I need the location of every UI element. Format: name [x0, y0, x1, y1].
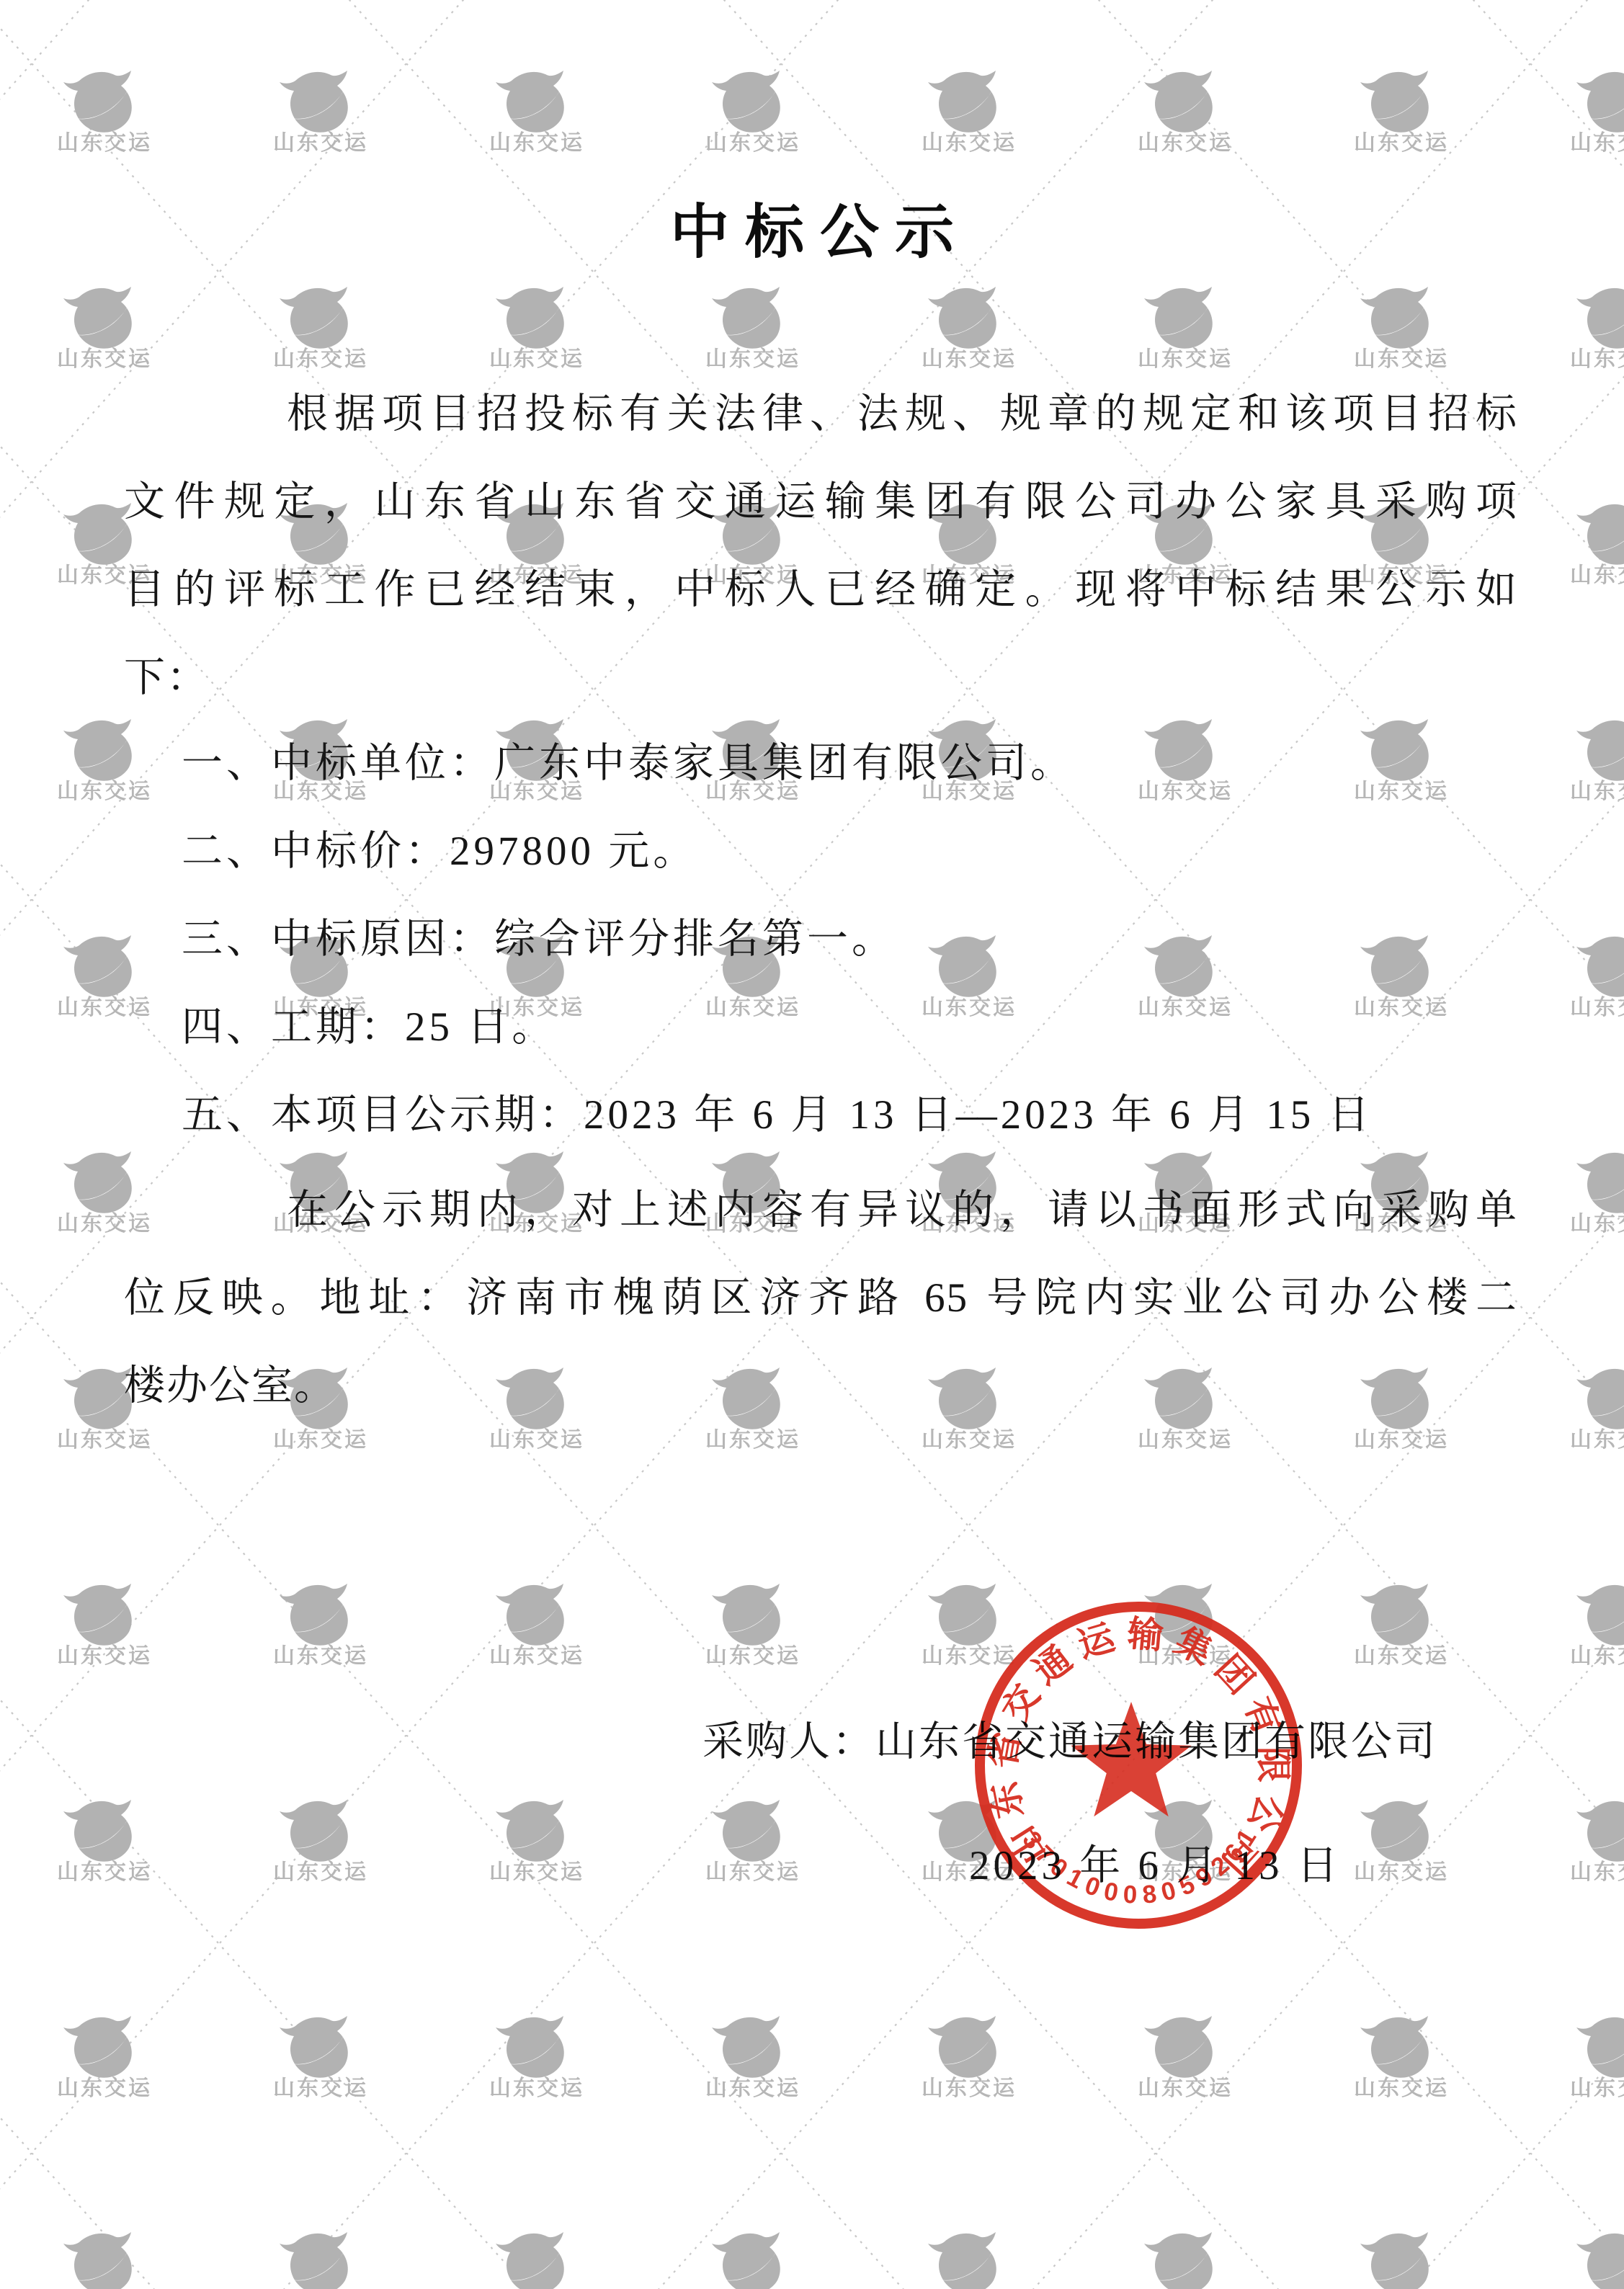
intro-line: 下： [124, 634, 1518, 722]
notice-line: 在公示期内，对上述内容有异议的，请以书面形式向采购单 [124, 1166, 1518, 1254]
objection-notice-paragraph: 在公示期内，对上述内容有异议的，请以书面形式向采购单 位反映。地址：济南市槐荫区… [124, 1166, 1518, 1430]
list-item-bid-price: 二、中标价：297800 元。 [124, 808, 1576, 896]
list-item-winning-bidder: 一、中标单位：广东中泰家具集团有限公司。 [124, 720, 1576, 808]
page-title: 中标公示 [0, 200, 1624, 265]
intro-line: 根据项目招投标有关法律、法规、规章的规定和该项目招标 [124, 370, 1518, 458]
official-red-stamp: 山东省交通运输集团有限公司 37010008059261 [958, 1585, 1319, 1945]
notice-line: 位反映。地址：济南市槐荫区济齐路 65 号院内实业公司办公楼二 [124, 1254, 1518, 1342]
list-item-award-reason: 三、中标原因：综合评分排名第一。 [124, 896, 1576, 983]
star-icon [1071, 1702, 1191, 1816]
document-content: 中标公示 根据项目招投标有关法律、法规、规章的规定和该项目招标 文件规定，山东省… [0, 0, 1624, 2289]
notice-line: 楼办公室。 [124, 1342, 1518, 1430]
list-item-publicity-period: 五、本项目公示期：2023 年 6 月 13 日—2023 年 6 月 15 日 [124, 1071, 1576, 1159]
intro-line: 文件规定，山东省山东省交通运输集团有限公司办公家具采购项 [124, 458, 1518, 546]
intro-paragraph: 根据项目招投标有关法律、法规、规章的规定和该项目招标 文件规定，山东省山东省交通… [124, 370, 1518, 722]
bid-announcement-page: 山东交运 中标公示 根据项目招投标有关法律、法规、规章的规定和该项目招标 文件规… [0, 0, 1624, 2289]
intro-line: 目的评标工作已经结束，中标人已经确定。现将中标结果公示如 [124, 546, 1518, 634]
list-item-duration: 四、工期：25 日。 [124, 983, 1576, 1071]
